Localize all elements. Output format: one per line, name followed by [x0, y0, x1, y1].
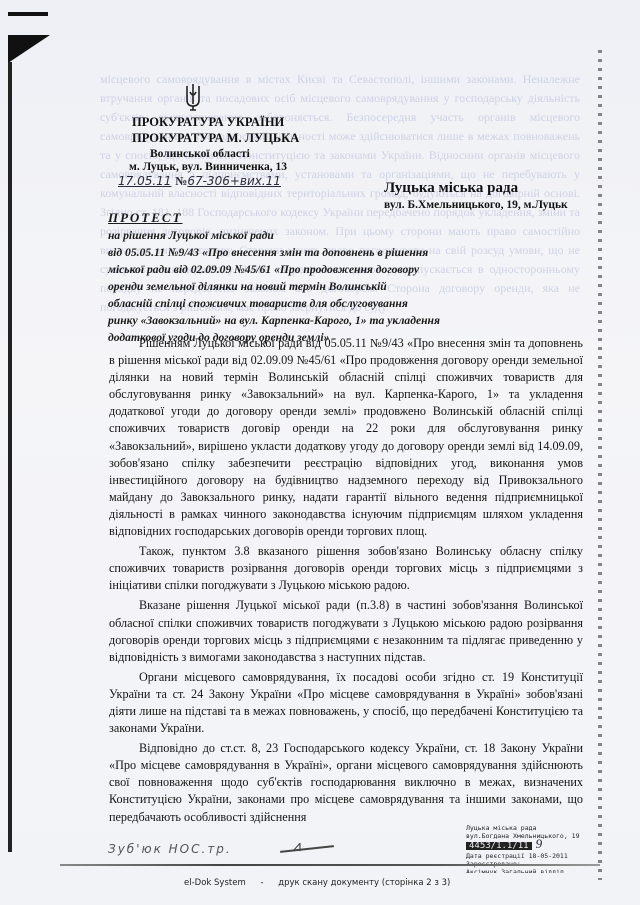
recipient-address: вул. Б.Хмельницького, 19, м.Луцьк — [384, 199, 568, 211]
footer-divider — [60, 864, 600, 866]
letterhead-line-2: ПРОКУРАТУРА М. ЛУЦЬКА — [132, 131, 299, 146]
footer-system: el-Dok System — [184, 878, 246, 888]
stamp-date: 18-05-2011 — [529, 852, 568, 860]
scanned-page: місцевого самоврядування в містах Києві … — [0, 0, 640, 905]
document-body: Рішенням Луцької міської ради від 05.05.… — [109, 335, 583, 829]
footer-separator: - — [260, 878, 263, 888]
body-paragraph: Вказане рішення Луцької міської ради (п.… — [109, 597, 583, 665]
stamp-registered-by: Аксімчук Загальний відділ — [466, 868, 598, 873]
scan-edge-mark — [8, 12, 48, 16]
letterhead-line-1: ПРОКУРАТУРА УКРАЇНИ — [132, 115, 284, 130]
stamp-reg-number: 4453/1.1/11 — [466, 842, 532, 850]
outgoing-reference: 17.05.11 №67-306+вих.11 — [118, 174, 281, 189]
body-paragraph: Рішенням Луцької міської ради від 05.05.… — [109, 335, 583, 540]
scan-left-edge — [8, 62, 12, 852]
recipient-name: Луцька міська рада — [384, 180, 568, 197]
subtitle-line: на рішення Луцької міської ради — [108, 227, 568, 244]
recipient-block: Луцька міська рада вул. Б.Хмельницького,… — [384, 180, 568, 211]
subtitle-line: обласній спілці споживчих товариств для … — [108, 295, 568, 312]
outgoing-number-label: № — [175, 174, 187, 188]
outgoing-date: 17.05.11 — [118, 174, 171, 188]
outgoing-number: 67-306+вих.11 — [187, 174, 281, 188]
letterhead-line-3: Волинської області — [150, 148, 250, 160]
subtitle-line: міської ради від 02.09.09 №45/61 «Про пр… — [108, 261, 568, 278]
signature-mark: ⩘ — [292, 838, 301, 856]
stamp-date-label: Дата реєстрації — [466, 852, 525, 860]
document-subtitle: на рішення Луцької міської ради від 05.0… — [108, 227, 568, 346]
letterhead-address: м. Луцьк, вул. Винниченка, 13 — [129, 161, 287, 173]
stamp-page-count: 9 — [536, 836, 543, 851]
page-footer: el-Dok System - друк скану документу (ст… — [184, 878, 462, 888]
subtitle-line: ринку «Завокзальний» на вул. Карпенка-Ка… — [108, 312, 568, 329]
subtitle-line: оренди земельної ділянки на новий термін… — [108, 278, 568, 295]
document-title: ПРОТЕСТ — [108, 210, 183, 226]
body-paragraph: Органи місцевого самоврядування, їх поса… — [109, 669, 583, 737]
footer-caption: друк скану документу (сторінка 2 з 3) — [278, 878, 450, 888]
stamp-address: вул.Богдана Хмельницького, 19 — [466, 832, 598, 840]
signature-stroke — [280, 845, 334, 853]
body-paragraph: Відповідно до ст.ст. 8, 23 Господарськог… — [109, 740, 583, 825]
subtitle-line: від 05.05.11 №9/43 «Про внесення змін та… — [108, 244, 568, 261]
handwritten-note: Зуб'юк НОС.тр. — [108, 842, 232, 856]
trident-icon — [183, 82, 203, 112]
stamp-org: Луцька міська рада — [466, 824, 598, 832]
scan-corner-mark — [8, 35, 50, 63]
scan-right-edge — [598, 50, 602, 880]
body-paragraph: Також, пунктом 3.8 вказаного рішення зоб… — [109, 543, 583, 594]
